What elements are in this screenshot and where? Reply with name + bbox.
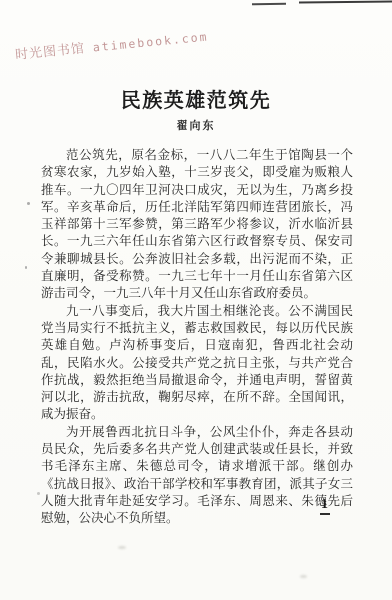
- watermark-cn: 时光图书馆: [14, 40, 85, 62]
- page-title: 民族英雄范筑先: [0, 84, 392, 113]
- body-paragraph: 范公筑先，原名金标，一八八二年生于馆陶县一个贫寒农家，九岁始入塾，十三岁丧父，即…: [41, 147, 353, 303]
- scan-artifact-line: [252, 3, 286, 6]
- scan-smudge: [300, 575, 307, 578]
- scan-speck: [27, 202, 30, 205]
- scan-artifact-line: [299, 1, 392, 4]
- scanned-book-page: 时光图书馆atimebook.com 民族英雄范筑先 翟向东 范公筑先，原名金标…: [0, 0, 392, 600]
- body-paragraph: 为开展鲁西北抗日斗争，公风尘仆仆，奔走各县动员民众，先后委多名共产党人创建武装或…: [41, 424, 353, 528]
- author-name: 翟向东: [0, 117, 392, 133]
- watermark-url: atimebook.com: [92, 29, 209, 54]
- scan-smudge: [118, 546, 126, 549]
- watermark: 时光图书馆atimebook.com: [14, 25, 209, 63]
- scan-speck: [37, 492, 40, 495]
- page-number: 1: [320, 497, 330, 515]
- body-paragraph: 九一八事变后，我大片国土相继沦丧。公不满国民党当局实行不抵抗主义，蓄志救国救民，…: [41, 303, 353, 424]
- scan-speck: [25, 266, 27, 269]
- body-text: 范公筑先，原名金标，一八八二年生于馆陶县一个贫寒农家，九岁始入塾，十三岁丧父，即…: [41, 147, 353, 528]
